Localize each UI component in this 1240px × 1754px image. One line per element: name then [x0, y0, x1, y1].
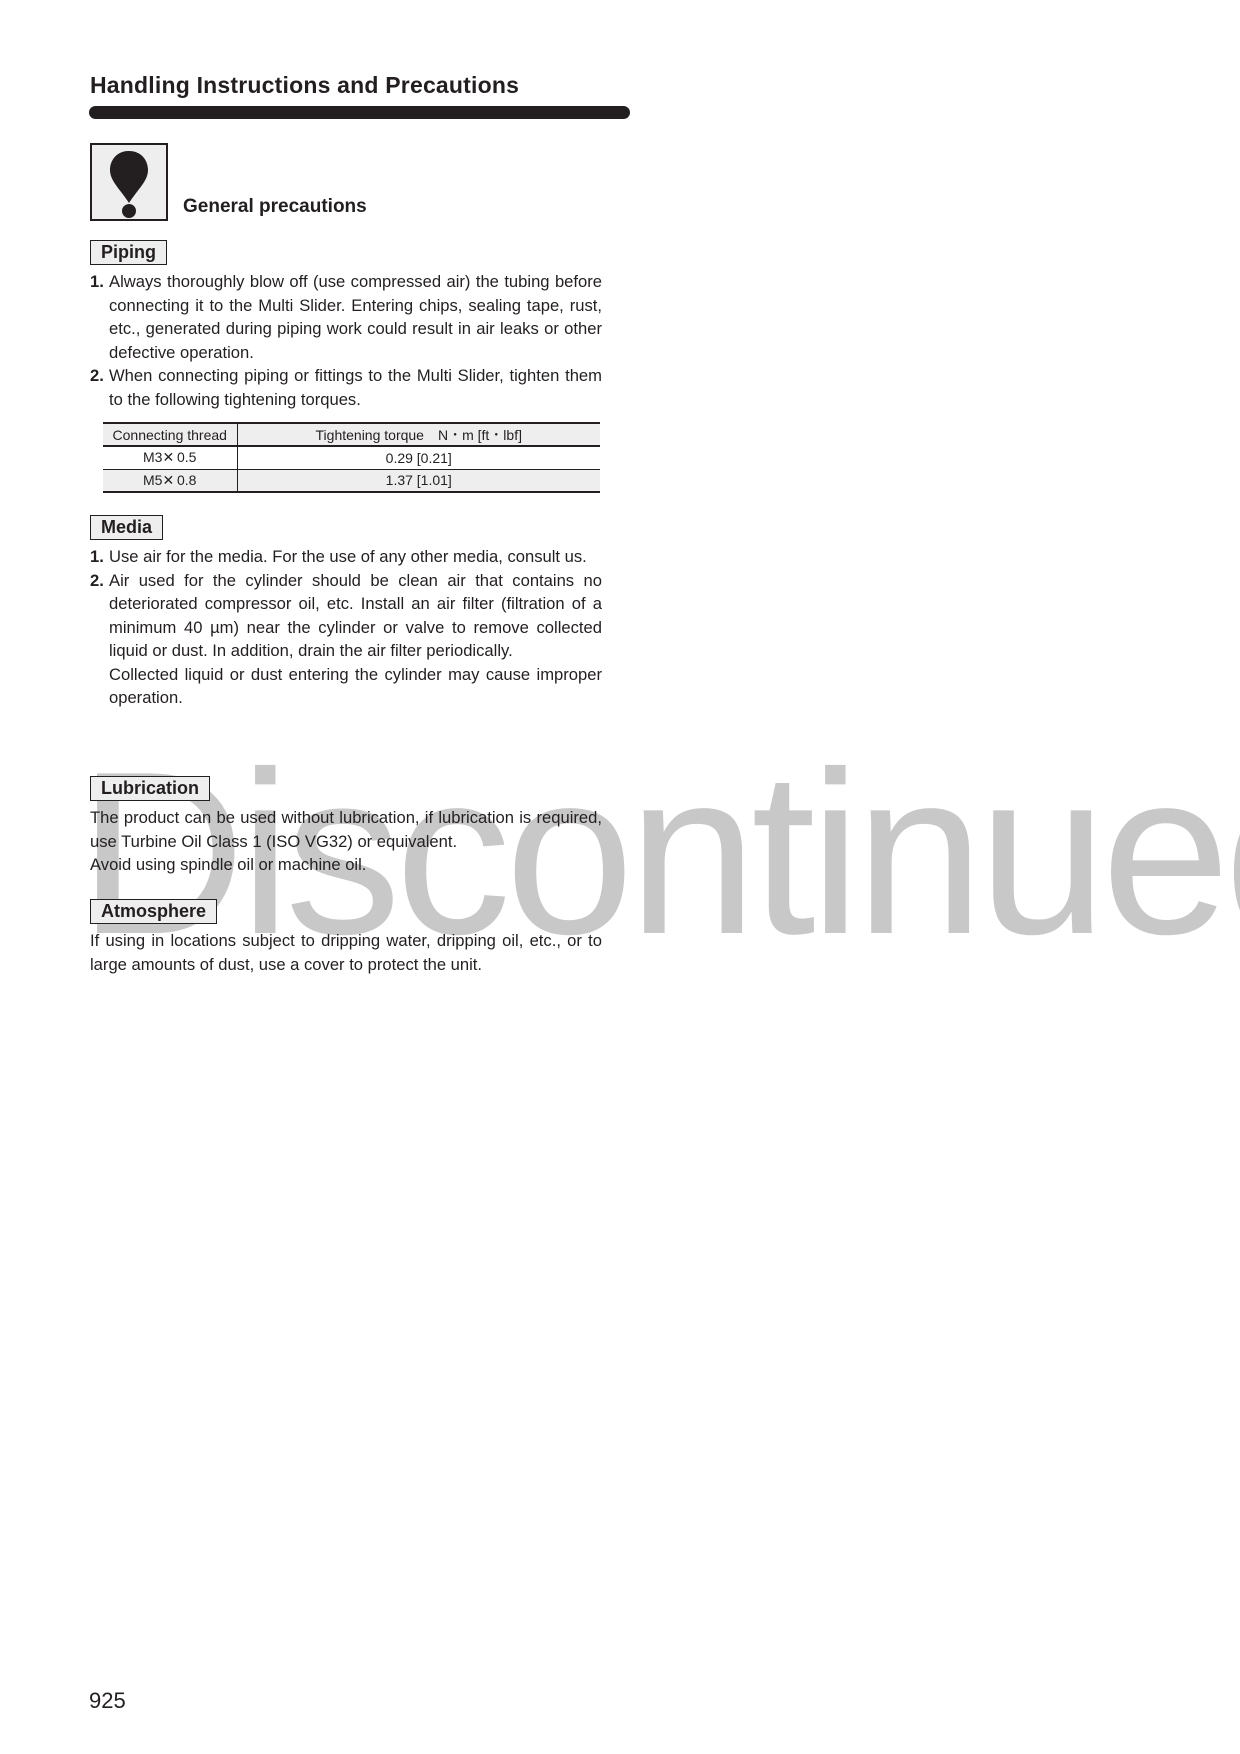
list-item: 2. Air used for the cylinder should be c…	[90, 569, 602, 663]
page-title: Handling Instructions and Precautions	[90, 72, 519, 99]
list-number: 1.	[90, 545, 104, 569]
page-number: 925	[89, 1688, 126, 1714]
lubrication-label: Lubrication	[90, 776, 210, 801]
column-header: Tightening torque N・m [ft・lbf]	[237, 423, 600, 446]
list-item: 1. Use air for the media. For the use of…	[90, 545, 602, 569]
list-number: 2.	[90, 569, 104, 593]
list-continuation: Collected liquid or dust entering the cy…	[90, 663, 602, 710]
list-number: 2.	[90, 364, 104, 388]
table-row: M3✕ 0.5 0.29 [0.21]	[103, 446, 600, 469]
atmosphere-text: If using in locations subject to drippin…	[90, 929, 602, 976]
list-text: Air used for the cylinder should be clea…	[109, 571, 602, 661]
paragraph: The product can be used without lubricat…	[90, 806, 602, 853]
paragraph: Avoid using spindle oil or machine oil.	[90, 853, 602, 877]
list-item: 1. Always thoroughly blow off (use compr…	[90, 270, 602, 364]
torque-cell: 1.37 [1.01]	[237, 469, 600, 492]
lubrication-text: The product can be used without lubricat…	[90, 806, 602, 877]
list-text: Use air for the media. For the use of an…	[109, 547, 587, 566]
thread-cell: M5✕ 0.8	[103, 469, 237, 492]
piping-label: Piping	[90, 240, 167, 265]
list-text: When connecting piping or fittings to th…	[109, 366, 602, 409]
list-text: Always thoroughly blow off (use compress…	[109, 272, 602, 362]
list-number: 1.	[90, 270, 104, 294]
title-divider	[89, 106, 630, 119]
atmosphere-label: Atmosphere	[90, 899, 217, 924]
torque-cell: 0.29 [0.21]	[237, 446, 600, 469]
media-label: Media	[90, 515, 163, 540]
torque-table: Connecting thread Tightening torque N・m …	[103, 422, 600, 493]
media-list: 1. Use air for the media. For the use of…	[90, 545, 602, 710]
list-item: 2. When connecting piping or fittings to…	[90, 364, 602, 411]
exclamation-icon	[90, 143, 168, 221]
thread-cell: M3✕ 0.5	[103, 446, 237, 469]
column-header: Connecting thread	[103, 423, 237, 446]
table-row: M5✕ 0.8 1.37 [1.01]	[103, 469, 600, 492]
piping-list: 1. Always thoroughly blow off (use compr…	[90, 270, 602, 411]
paragraph: If using in locations subject to drippin…	[90, 929, 602, 976]
table-header-row: Connecting thread Tightening torque N・m …	[103, 423, 600, 446]
section-heading: General precautions	[183, 196, 367, 218]
